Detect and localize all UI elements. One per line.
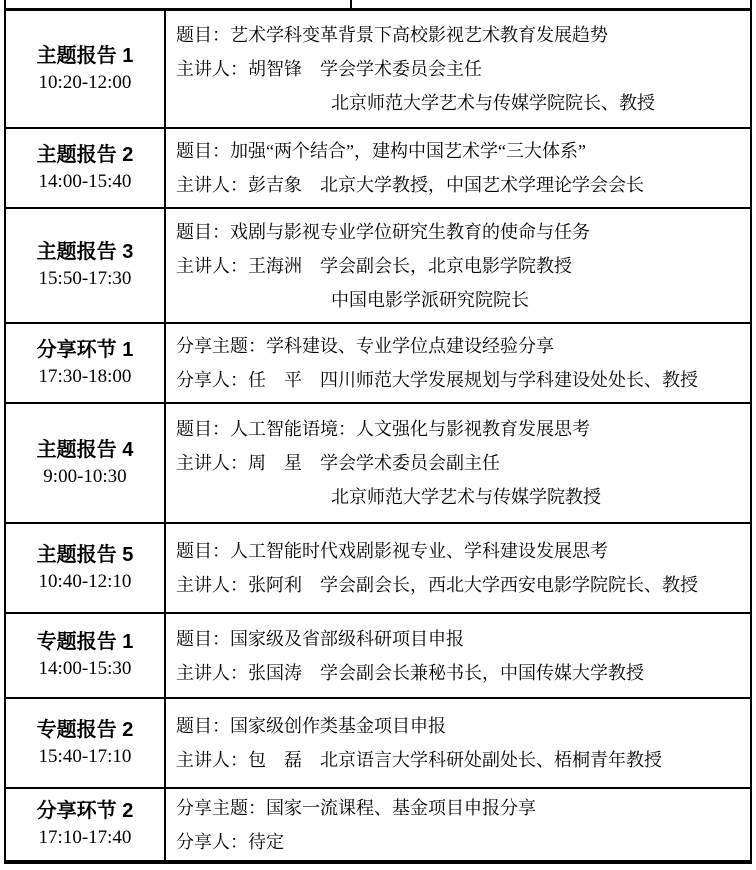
session-time: 17:10-17:40 — [39, 824, 132, 851]
session-cell: 分享环节 2 17:10-17:40 — [6, 789, 166, 860]
speaker-line: 主讲人：王海洲 学会副会长，北京电影学院教授 — [176, 249, 742, 283]
conference-schedule-table: 主题报告 1 10:20-12:00 题目：艺术学科变革背景下高校影视艺术教育发… — [4, 0, 752, 864]
session-time: 14:00-15:40 — [39, 168, 132, 195]
table-row: 专题报告 2 15:40-17:10 题目：国家级创作类基金项目申报 主讲人：包… — [6, 699, 750, 789]
table-row: 主题报告 2 14:00-15:40 题目：加强“两个结合”，建构中国艺术学“三… — [6, 129, 750, 209]
table-top-partial-row — [6, 0, 750, 11]
speaker-line: 主讲人：胡智锋 学会学术委员会主任 — [176, 52, 742, 86]
table-row: 分享环节 1 17:30-18:00 分享主题：学科建设、专业学位点建设经验分享… — [6, 324, 750, 404]
session-label: 专题报告 2 — [37, 717, 134, 743]
session-label: 主题报告 1 — [37, 43, 134, 69]
session-label: 主题报告 5 — [37, 542, 134, 568]
topic-line: 题目：人工智能语境：人文强化与影视教育发展思考 — [176, 412, 742, 446]
detail-cell: 题目：国家级创作类基金项目申报 主讲人：包 磊 北京语言大学科研处副处长、梧桐青… — [166, 699, 750, 787]
table-row: 主题报告 1 10:20-12:00 题目：艺术学科变革背景下高校影视艺术教育发… — [6, 11, 750, 129]
speaker-line: 主讲人：张国涛 学会副会长兼秘书长，中国传媒大学教授 — [176, 656, 742, 690]
table-row: 主题报告 5 10:40-12:10 题目：人工智能时代戏剧影视专业、学科建设发… — [6, 524, 750, 614]
affiliation-line: 北京师范大学艺术与传媒学院院长、教授 — [176, 86, 742, 120]
detail-cell: 题目：人工智能时代戏剧影视专业、学科建设发展思考 主讲人：张阿利 学会副会长，西… — [166, 524, 750, 612]
table-row: 主题报告 4 9:00-10:30 题目：人工智能语境：人文强化与影视教育发展思… — [6, 404, 750, 524]
session-cell: 主题报告 2 14:00-15:40 — [6, 129, 166, 207]
affiliation-line: 北京师范大学艺术与传媒学院教授 — [176, 480, 742, 514]
detail-cell: 题目：加强“两个结合”，建构中国艺术学“三大体系” 主讲人：彭吉象 北京大学教授… — [166, 129, 750, 207]
speaker-line: 主讲人：周 星 学会学术委员会副主任 — [176, 446, 742, 480]
speaker-line: 主讲人：包 磊 北京语言大学科研处副处长、梧桐青年教授 — [176, 743, 742, 777]
topic-line: 题目：国家级及省部级科研项目申报 — [176, 622, 742, 656]
detail-cell: 分享主题：国家一流课程、基金项目申报分享 分享人：待定 — [166, 789, 750, 860]
detail-cell: 题目：戏剧与影视专业学位研究生教育的使命与任务 主讲人：王海洲 学会副会长，北京… — [166, 209, 750, 322]
session-time: 15:50-17:30 — [39, 265, 132, 292]
affiliation-line: 中国电影学派研究院院长 — [176, 283, 742, 317]
session-cell: 专题报告 2 15:40-17:10 — [6, 699, 166, 787]
detail-cell: 题目：艺术学科变革背景下高校影视艺术教育发展趋势 主讲人：胡智锋 学会学术委员会… — [166, 11, 750, 127]
session-cell: 主题报告 1 10:20-12:00 — [6, 11, 166, 127]
session-label: 分享环节 2 — [37, 798, 134, 824]
partial-row-divider — [350, 0, 352, 8]
speaker-line: 主讲人：张阿利 学会副会长，西北大学西安电影学院院长、教授 — [176, 568, 742, 602]
table-row: 专题报告 1 14:00-15:30 题目：国家级及省部级科研项目申报 主讲人：… — [6, 614, 750, 699]
session-label: 主题报告 3 — [37, 239, 134, 265]
session-time: 17:30-18:00 — [39, 363, 132, 390]
session-cell: 主题报告 3 15:50-17:30 — [6, 209, 166, 322]
session-time: 14:00-15:30 — [39, 655, 132, 682]
detail-cell: 题目：国家级及省部级科研项目申报 主讲人：张国涛 学会副会长兼秘书长，中国传媒大… — [166, 614, 750, 697]
detail-cell: 题目：人工智能语境：人文强化与影视教育发展思考 主讲人：周 星 学会学术委员会副… — [166, 404, 750, 522]
table-row: 分享环节 2 17:10-17:40 分享主题：国家一流课程、基金项目申报分享 … — [6, 789, 750, 864]
speaker-line: 主讲人：彭吉象 北京大学教授，中国艺术学理论学会会长 — [176, 168, 742, 202]
session-label: 专题报告 1 — [37, 629, 134, 655]
session-cell: 主题报告 5 10:40-12:10 — [6, 524, 166, 612]
session-cell: 分享环节 1 17:30-18:00 — [6, 324, 166, 402]
speaker-line: 分享人：任 平 四川师范大学发展规划与学科建设处处长、教授 — [176, 363, 742, 397]
session-time: 10:40-12:10 — [39, 568, 132, 595]
topic-line: 题目：人工智能时代戏剧影视专业、学科建设发展思考 — [176, 534, 742, 568]
topic-line: 题目：加强“两个结合”，建构中国艺术学“三大体系” — [176, 134, 742, 168]
topic-line: 题目：艺术学科变革背景下高校影视艺术教育发展趋势 — [176, 18, 742, 52]
topic-line: 题目：国家级创作类基金项目申报 — [176, 709, 742, 743]
table-row: 主题报告 3 15:50-17:30 题目：戏剧与影视专业学位研究生教育的使命与… — [6, 209, 750, 324]
topic-line: 分享主题：国家一流课程、基金项目申报分享 — [176, 791, 742, 825]
topic-line: 题目：戏剧与影视专业学位研究生教育的使命与任务 — [176, 215, 742, 249]
session-label: 主题报告 4 — [37, 437, 134, 463]
session-cell: 专题报告 1 14:00-15:30 — [6, 614, 166, 697]
session-time: 9:00-10:30 — [43, 463, 126, 490]
session-time: 10:20-12:00 — [39, 69, 132, 96]
topic-line: 分享主题：学科建设、专业学位点建设经验分享 — [176, 329, 742, 363]
session-time: 15:40-17:10 — [39, 743, 132, 770]
session-label: 分享环节 1 — [37, 337, 134, 363]
session-cell: 主题报告 4 9:00-10:30 — [6, 404, 166, 522]
speaker-line: 分享人：待定 — [176, 825, 742, 859]
session-label: 主题报告 2 — [37, 142, 134, 168]
detail-cell: 分享主题：学科建设、专业学位点建设经验分享 分享人：任 平 四川师范大学发展规划… — [166, 324, 750, 402]
